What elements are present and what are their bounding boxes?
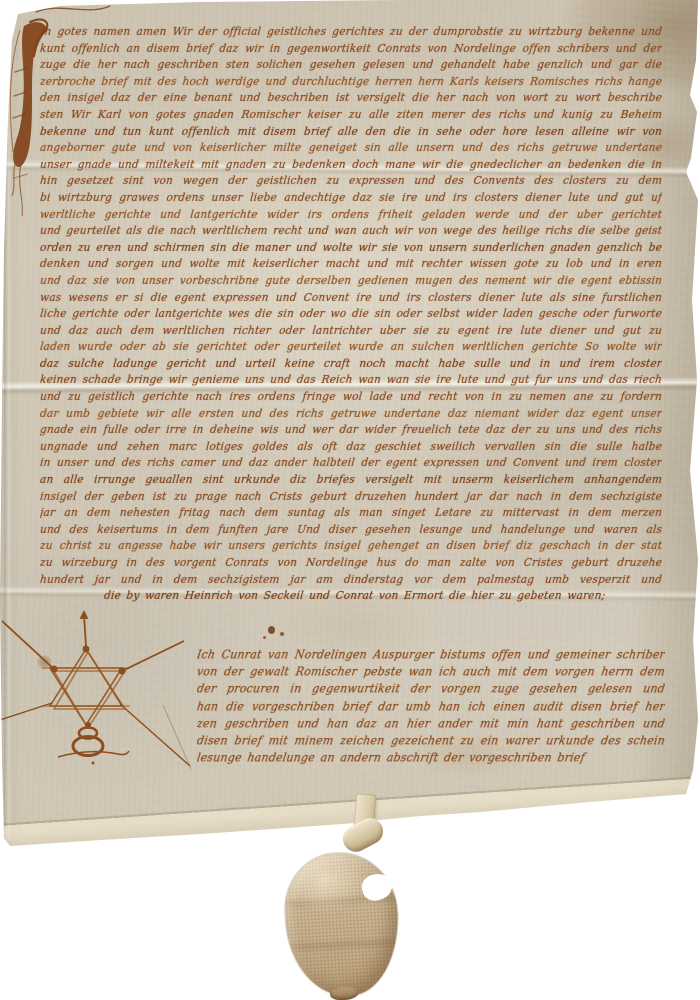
- manuscript-line: zu christ zu angesse habe wir unsers ger…: [40, 538, 662, 556]
- manuscript-line: zuge die her nach geschriben sten solich…: [40, 57, 662, 75]
- manuscript-line: gnade ein fulle oder irre in deheine wis…: [40, 422, 662, 440]
- manuscript-line: und geurteilet als die nach werltlichem …: [40, 223, 662, 241]
- ink-spot: [263, 636, 266, 639]
- manuscript-line: bekenne und tun kunt offenlich mit disem…: [40, 123, 662, 141]
- manuscript-line: keinen schade bringe wir genieme uns und…: [40, 372, 662, 390]
- notary-sign-icon: [0, 585, 220, 785]
- manuscript-line: zerbroche brief mit des hoch werdige und…: [40, 73, 662, 91]
- manuscript-line: den insigel daz der eine benant und besc…: [40, 90, 662, 108]
- manuscript-line: dar umb gebiete wir alle ersten und des …: [40, 405, 662, 423]
- manuscript-line: sten Wir Karl von gotes gnaden Romischer…: [40, 106, 662, 124]
- parchment-sheet: In gotes namen amen Wir der official gei…: [0, 0, 700, 848]
- manuscript-line: in unser und des richs camer und daz and…: [40, 455, 662, 473]
- ink-spot: [268, 626, 275, 634]
- manuscript-line: zu wirzeburg in des vorgent Conrats von …: [40, 555, 662, 573]
- manuscript-line: und zu geistlich gerichte nach ires orde…: [40, 389, 662, 407]
- manuscript-line: was wesens er si die egent expressen und…: [40, 289, 662, 307]
- manuscript-line: denken und sorgen und wolte mit keiserli…: [40, 256, 662, 274]
- manuscript-line: angeborner gute und von keiserlicher mil…: [40, 140, 662, 158]
- manuscript-line: werltliche gerichte und lantgerichte wid…: [40, 206, 662, 224]
- manuscript-line: hin gesetzet sint von wegen der geistlic…: [40, 173, 662, 191]
- notary-line: disen brief mit minem zeichen gezeichent…: [197, 732, 665, 750]
- ink-spot: [280, 632, 284, 636]
- manuscript-line: an alle irrunge geuallen sint urkunde di…: [40, 472, 662, 490]
- manuscript-line: unser gnade und miltekeit mit gnaden zu …: [40, 156, 662, 174]
- charter-scan: In gotes namen amen Wir der official gei…: [0, 0, 700, 1000]
- manuscript-line: und des keisertums in dem funften jare U…: [40, 521, 662, 539]
- notary-text-block: Ich Cunrat van Nordelingen Auspurger bis…: [197, 646, 665, 768]
- main-text-block: In gotes namen amen Wir der official gei…: [40, 24, 662, 620]
- notary-line: zen geschriben und han daz an hier ander…: [197, 714, 665, 732]
- manuscript-line: insigel der geben ist zu prage nach Cris…: [40, 488, 662, 506]
- finial-ornament: [58, 705, 191, 769]
- notary-line: lesunge handelunge an andern abschrift d…: [197, 749, 665, 767]
- hanging-seal: [282, 850, 401, 999]
- manuscript-line: In gotes namen amen Wir der official gei…: [40, 24, 662, 41]
- seal-bottom-nub: [330, 986, 359, 1000]
- manuscript-line: und daz sie von unser vorbeschribne gute…: [40, 272, 662, 290]
- manuscript-line: bi wirtzburg grawes ordens unser liebe a…: [40, 189, 662, 207]
- manuscript-line: ungnade und zehen marc lotiges goldes al…: [40, 438, 662, 456]
- notary-line: von der gewalt Romischer pebste wan ich …: [197, 663, 665, 681]
- manuscript-line: laden wurde oder ab sie gerichtet oder g…: [40, 339, 662, 357]
- hexagram-star: [42, 649, 130, 728]
- notary-line: Ich Cunrat van Nordelingen Auspurger bis…: [197, 646, 665, 664]
- notary-line: han die vorgeschriben brief dar umb han …: [197, 697, 665, 715]
- manuscript-line: jar an dem nehesten fritag nach dem sunt…: [40, 505, 662, 523]
- manuscript-line: und daz auch dem werltlichen richter ode…: [40, 322, 662, 340]
- manuscript-line: kunt offenlich an disem brief daz wir in…: [40, 40, 662, 58]
- notary-line: der procuren in gegenwurtikeit der vorge…: [197, 680, 665, 698]
- manuscript-line: daz sulche ladunge gericht und urteil ke…: [40, 355, 662, 373]
- star-rays: [0, 612, 190, 766]
- manuscript-line: liche gerichte oder lantgerichte wes die…: [40, 306, 662, 324]
- manuscript-line: orden zu eren und schirmen sin die maner…: [40, 239, 662, 257]
